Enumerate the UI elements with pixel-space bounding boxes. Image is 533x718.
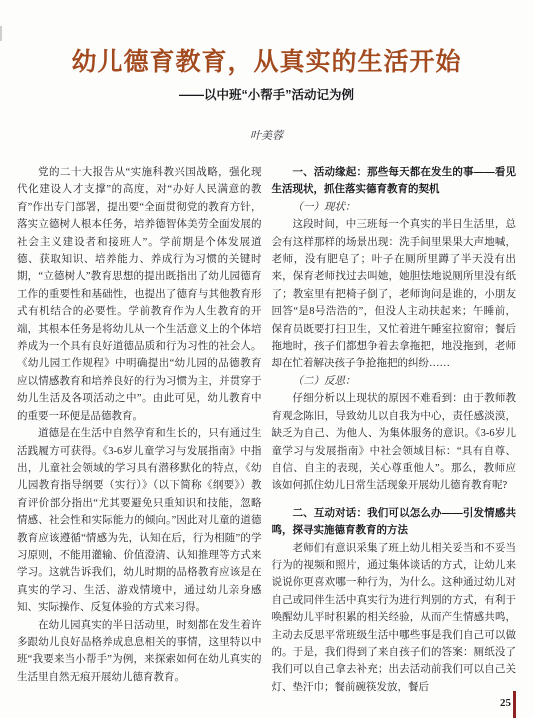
paragraph-theory: 道德是在生活中自然孕育和生长的，只有通过生活践履方可获得。《3-6岁儿童学习与发…: [17, 425, 262, 616]
page-number: 25: [500, 697, 511, 709]
paragraph-lead-in: 在幼儿园真实的半日活动里，时刻都在发生着许多跟幼儿良好品格养成息息相关的事情，这…: [17, 617, 262, 687]
subsection-label-reflection: （二）反思：: [272, 373, 517, 390]
paragraph-reflection: 仔细分析以上现状的原因不难看到：由于教师教育观念陈旧，导致幼儿以自我为中心，责任…: [272, 390, 517, 494]
right-column: 一、活动缘起：那些每天都在发生的事——看见生活现状，抓住落实德育教育的契机 （一…: [272, 164, 517, 696]
article-title: 幼儿德育教育，从真实的生活开始: [0, 0, 533, 78]
section-heading-2: 二、互动对话：我们可以怎么办——引发情感共鸣，探寻实施德育教育的方法: [272, 505, 517, 540]
article-subtitle: ——以中班“小帮手”活动记为例: [0, 85, 533, 103]
document-page: 幼儿德育教育，从真实的生活开始 ——以中班“小帮手”活动记为例 叶美蓉 党的二十…: [0, 0, 533, 718]
subsection-label-status: （一）现状：: [272, 199, 517, 216]
scan-edge-artifact: [0, 26, 2, 41]
paragraph-dialogue: 老师们有意识采集了班上幼儿相关妥当和不妥当行为的视频和照片，通过集体谈话的方式，…: [272, 540, 517, 697]
page-edge-bar: [513, 691, 516, 718]
paragraph-intro: 党的二十大报告从“实施科教兴国战略，强化现代化建设人才支撑”的高度，对“办好人民…: [17, 164, 262, 425]
author-name: 叶美蓉: [0, 127, 533, 143]
two-column-body: 党的二十大报告从“实施科教兴国战略，强化现代化建设人才支撑”的高度，对“办好人民…: [0, 164, 533, 696]
paragraph-status: 这段时间，中三班每一个真实的半日生活里，总会有这样那样的场景出现：洗手间里果果大…: [272, 216, 517, 373]
section-heading-1: 一、活动缘起：那些每天都在发生的事——看见生活现状，抓住落实德育教育的契机: [272, 164, 517, 199]
left-column: 党的二十大报告从“实施科教兴国战略，强化现代化建设人才支撑”的高度，对“办好人民…: [17, 164, 262, 696]
